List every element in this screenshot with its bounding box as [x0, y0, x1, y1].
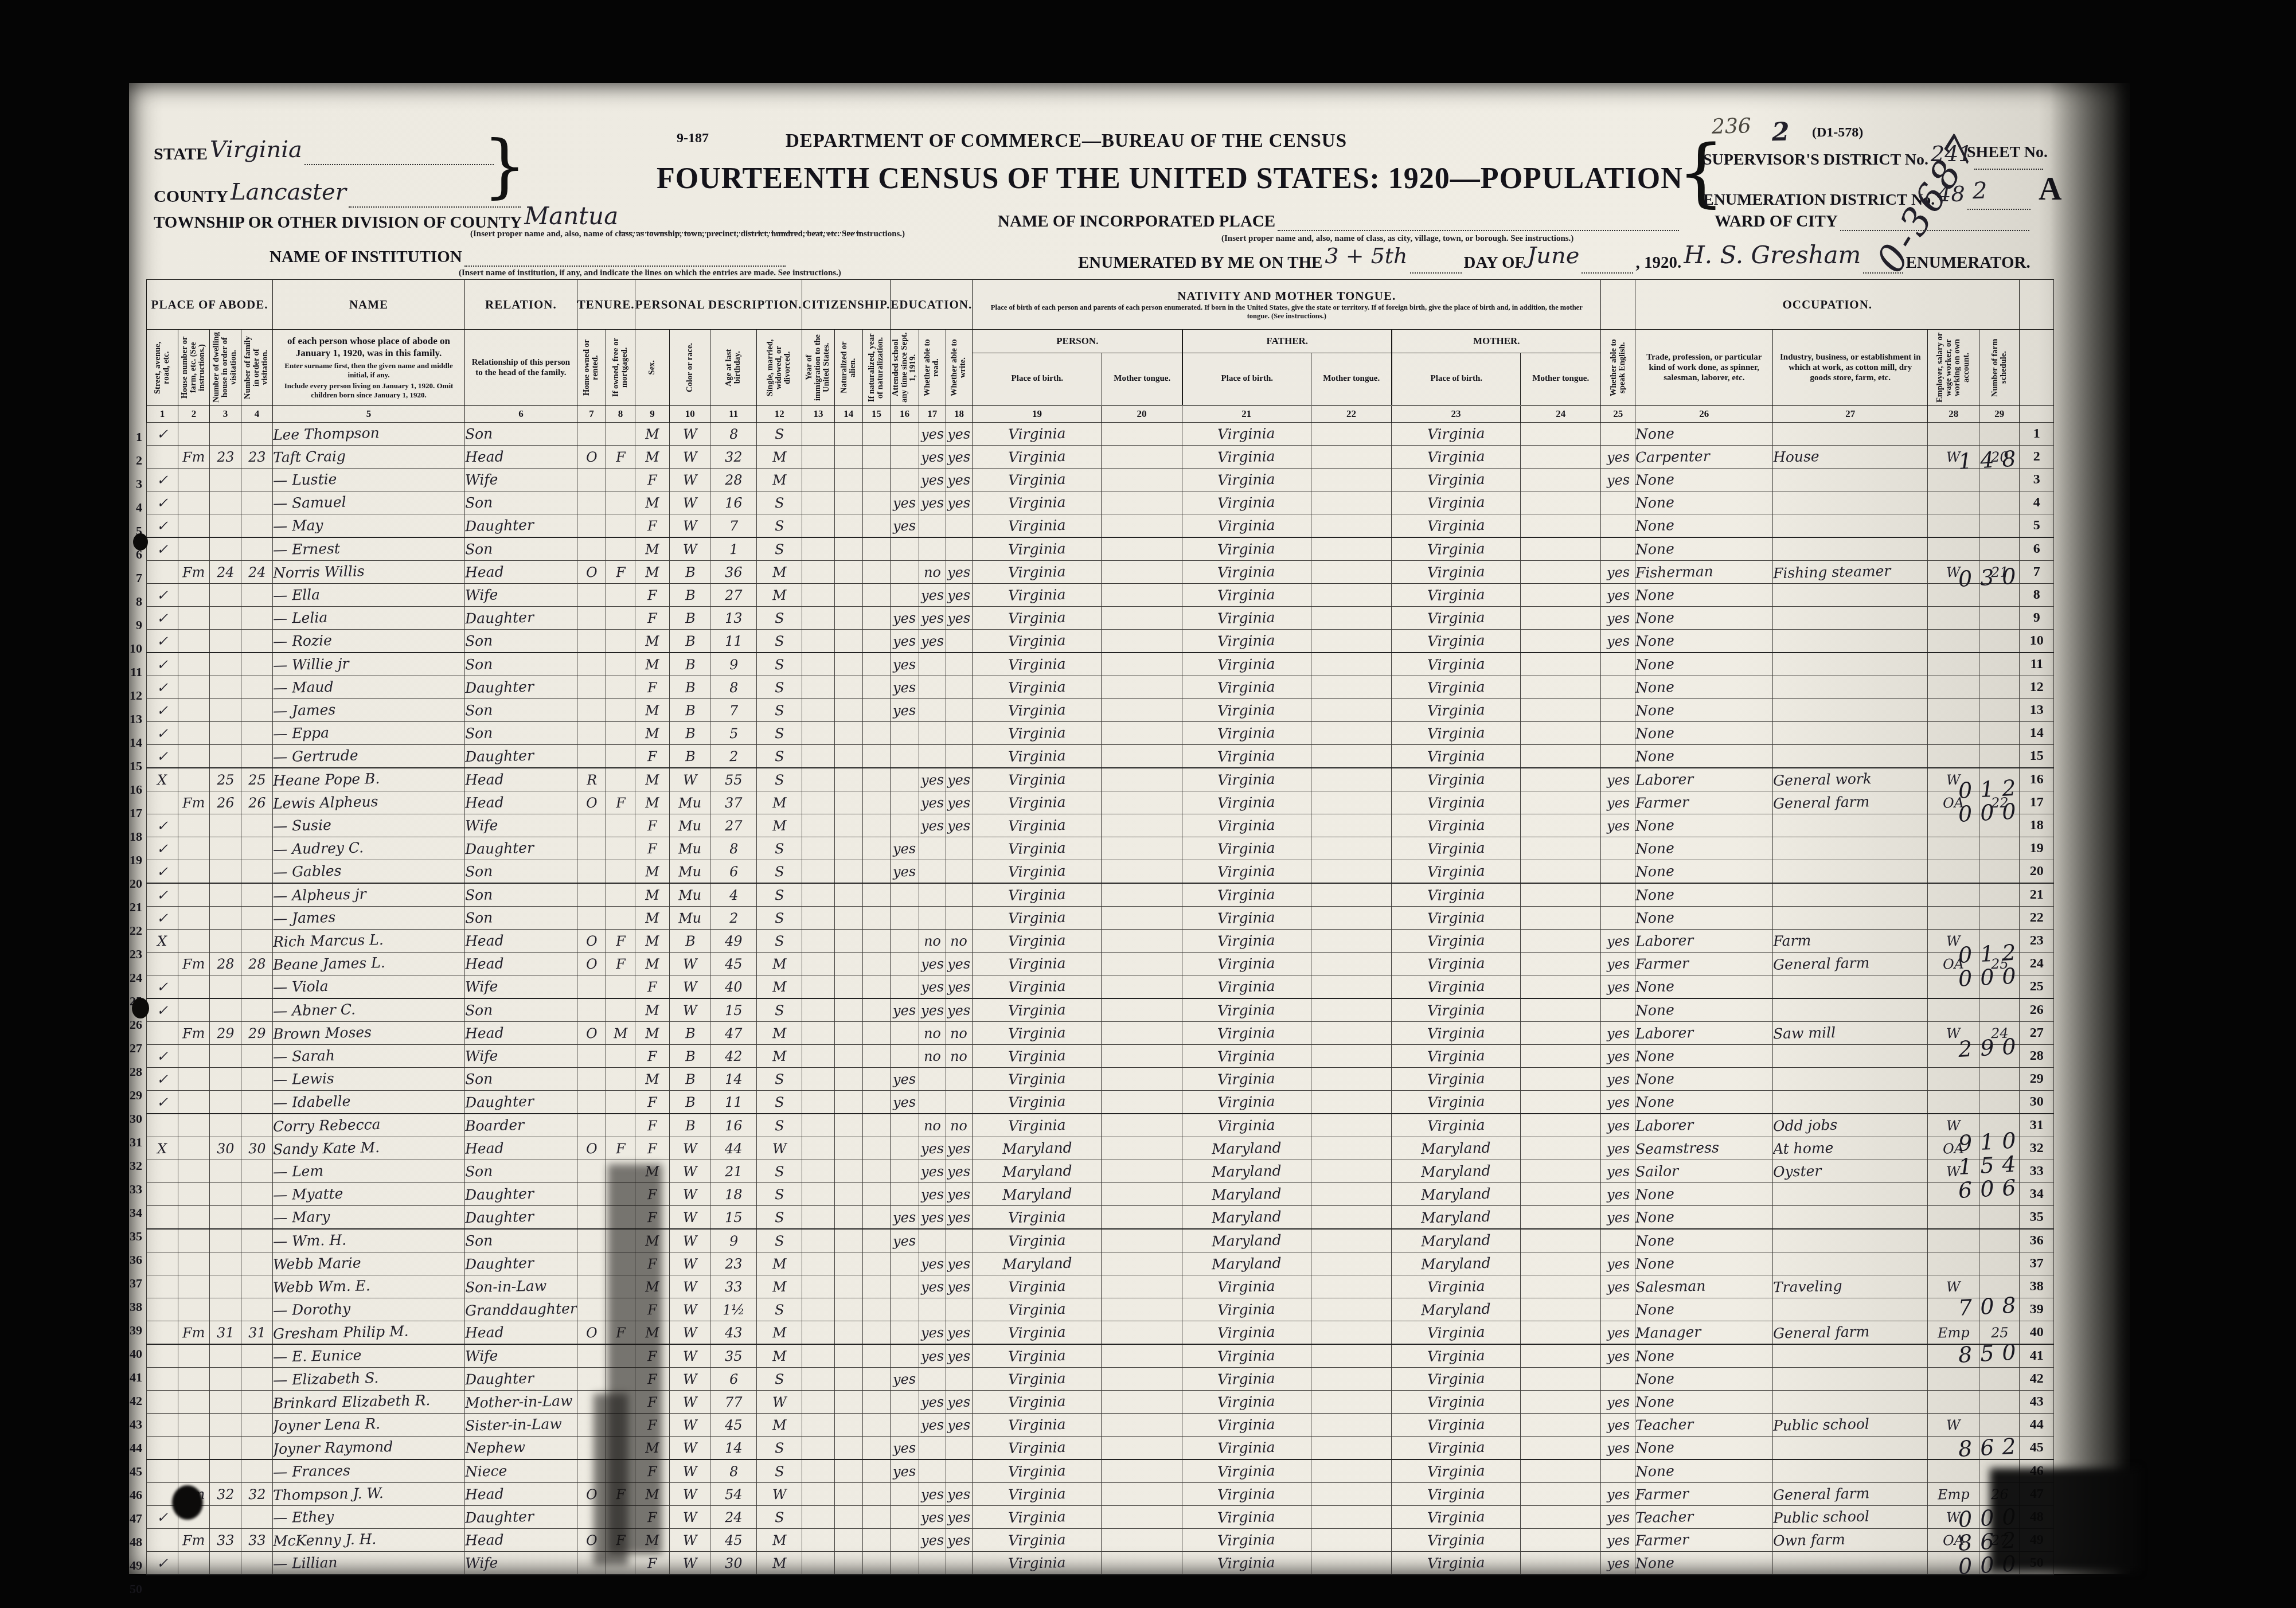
cell-c2: [178, 1091, 210, 1114]
table-row: ✓Lee ThompsonSonMW8SyesyesVirginiaVirgin…: [147, 423, 2054, 446]
table-row: X2525Heane Pope B.HeadRMW55SyesyesVirgin…: [147, 768, 2054, 791]
handwritten-entry: 7: [729, 517, 738, 533]
cell-c1: ✓: [147, 423, 178, 446]
cell-c16: yes: [891, 1437, 919, 1460]
cell-c16: [891, 1137, 919, 1160]
cell-name: Joyner Raymond: [273, 1437, 465, 1460]
cell-c4: [241, 1183, 273, 1206]
cell-mt: [1102, 1091, 1182, 1114]
handwritten-entry: F: [647, 978, 657, 994]
cell-ln: 44: [2020, 1414, 2054, 1437]
handwritten-entry: Wife: [465, 1347, 498, 1364]
cell-c13: [802, 930, 835, 953]
cell-sex: F: [635, 1114, 670, 1137]
cell-eng: yes: [1601, 1414, 1635, 1437]
cell-c18: yes: [946, 1275, 973, 1298]
cell-color: W: [670, 1252, 710, 1275]
handwritten-entry: O: [585, 1324, 597, 1340]
cell-farm: [1979, 745, 2020, 768]
column-desc-c7: Home owned or rented.: [577, 330, 606, 406]
cell-c4: [241, 998, 273, 1022]
handwritten-entry: M: [645, 426, 659, 442]
cell-age: 27: [710, 584, 757, 607]
column-label: Industry, business, or establishment in …: [1773, 351, 1927, 384]
cell-trade: Farmer: [1635, 791, 1773, 814]
cell-mt: [1102, 768, 1182, 791]
column-number: 16: [891, 406, 919, 423]
margin-line-number: 20: [125, 876, 142, 891]
handwritten-entry: Daughter: [465, 608, 534, 627]
cell-mar: M: [757, 469, 802, 491]
handwritten-entry: — E. Eunice: [273, 1346, 362, 1365]
cell-c18: yes: [946, 1206, 973, 1230]
cell-eng: yes: [1601, 1437, 1635, 1460]
cell-c4: [241, 1091, 273, 1114]
handwritten-entry: yes: [893, 1232, 916, 1249]
cell-c4: [241, 1252, 273, 1275]
cell-eng: [1601, 676, 1635, 699]
cell-c1: [147, 1344, 178, 1368]
cell-c4: [241, 1114, 273, 1137]
cell-c15: [862, 907, 891, 930]
cell-rel: Son: [465, 1160, 577, 1183]
handwritten-entry: Teacher: [1635, 1508, 1694, 1525]
handwritten-entry: Virginia: [1008, 1508, 1066, 1525]
cell-ind: Public school: [1773, 1506, 1928, 1529]
cell-eng: [1601, 491, 1635, 514]
cell-fmt: [1311, 722, 1391, 745]
table-row: ✓— EtheyDaughterFW24SyesyesVirginiaVirgi…: [147, 1506, 2054, 1529]
cell-c15: [862, 491, 891, 514]
handwritten-entry: Virginia: [1217, 586, 1275, 603]
cell-c7: O: [577, 791, 606, 814]
cell-rel: Son: [465, 699, 577, 722]
cell-fmt: [1311, 561, 1391, 584]
handwritten-entry: W: [772, 1140, 787, 1157]
cell-c13: [802, 814, 835, 837]
cell-c1: [147, 1414, 178, 1437]
cell-c13: [802, 1091, 835, 1114]
handwritten-entry: W: [772, 1394, 787, 1410]
name-desc: Include every person living on January 1…: [273, 380, 464, 400]
handwritten-entry: yes: [1606, 1439, 1630, 1456]
handwritten-entry: yes: [1606, 1394, 1630, 1410]
cell-farm: [1979, 630, 2020, 653]
handwritten-entry: Virginia: [1217, 1116, 1275, 1134]
cell-c1: [147, 1437, 178, 1460]
cell-fmt: [1311, 1437, 1391, 1460]
handwritten-entry: W: [683, 517, 697, 534]
cell-c13: [802, 1414, 835, 1437]
cell-pob: Virginia: [973, 1506, 1102, 1529]
handwritten-entry: M: [645, 656, 659, 673]
cell-farm: [1979, 1091, 2020, 1114]
cell-pob: Virginia: [973, 1206, 1102, 1230]
cell-age: 43: [710, 1321, 757, 1345]
handwritten-entry: Traveling: [1773, 1277, 1842, 1295]
handwritten-entry: Virginia: [1217, 1485, 1275, 1502]
cell-fmt: [1311, 1368, 1391, 1391]
cell-pob: Virginia: [973, 1298, 1102, 1321]
handwritten-entry: B: [685, 633, 695, 649]
handwritten-entry: 42: [725, 1048, 743, 1064]
handwritten-entry: Mu: [678, 794, 702, 811]
handwritten-entry: Maryland: [1212, 1185, 1282, 1203]
cell-emp: [1928, 676, 1979, 699]
column-group: CITIZENSHIP.: [802, 280, 891, 330]
month-value: June: [1527, 243, 1579, 269]
institution-note: (Insert name of institution, if any, and…: [459, 268, 963, 278]
cell-mpob: Maryland: [1391, 1206, 1520, 1230]
cell-trade: None: [1635, 1368, 1773, 1391]
cell-ind: [1773, 907, 1928, 930]
census-scan-page: 9-187 STATE Virginia COUNTY Lancaster } …: [0, 0, 2296, 1608]
handwritten-entry: yes: [920, 633, 944, 649]
cell-c16: [891, 1391, 919, 1414]
cell-c3: [210, 998, 241, 1022]
cell-name: — E. Eunice: [273, 1344, 465, 1368]
handwritten-entry: — Ella: [273, 586, 321, 604]
cell-c13: [802, 998, 835, 1022]
cell-fmt: [1311, 1459, 1391, 1483]
cell-eng: [1601, 837, 1635, 860]
cell-c1: [147, 561, 178, 584]
handwritten-entry: 6: [729, 863, 738, 879]
cell-color: W: [670, 1321, 710, 1345]
handwritten-entry: yes: [1606, 471, 1630, 488]
form-number: 9-187: [677, 131, 709, 146]
cell-ind: General farm: [1773, 1321, 1928, 1345]
nativity-col-label: Place of birth.: [1182, 353, 1311, 405]
cell-c2: [178, 491, 210, 514]
cell-mmt: [1521, 722, 1601, 745]
cell-name: — Wm. H.: [273, 1229, 465, 1252]
cell-pob: Virginia: [973, 953, 1102, 975]
handwritten-entry: B: [685, 702, 695, 718]
cell-mar: W: [757, 1137, 802, 1160]
handwritten-entry: Virginia: [1427, 1070, 1485, 1087]
handwritten-entry: Virginia: [1427, 563, 1485, 580]
cell-trade: Teacher: [1635, 1506, 1773, 1529]
cell-c3: [210, 491, 241, 514]
handwritten-entry: yes: [920, 1324, 944, 1341]
table-row: — DorothyGranddaughterFW1½SVirginiaVirgi…: [147, 1298, 2054, 1321]
handwritten-entry: S: [775, 932, 784, 949]
cell-color: B: [670, 930, 710, 953]
cell-c15: [862, 768, 891, 791]
cell-c14: [834, 930, 862, 953]
cell-pob: Virginia: [973, 514, 1102, 538]
cell-ind: [1773, 607, 1928, 630]
cell-mt: [1102, 745, 1182, 768]
handwritten-entry: yes: [920, 1532, 944, 1548]
cell-c1: [147, 1391, 178, 1414]
handwritten-entry: 30: [216, 1140, 234, 1157]
handwritten-entry: Head: [465, 794, 504, 811]
year-label: , 1920.: [1635, 253, 1681, 272]
cell-rel: Daughter: [465, 1252, 577, 1275]
handwritten-entry: 26: [216, 794, 234, 811]
handwritten-entry: yes: [920, 771, 944, 788]
cell-rel: Daughter: [465, 607, 577, 630]
stamp-number: 850: [1958, 1339, 2025, 1368]
cell-mt: [1102, 1022, 1182, 1045]
cell-rel: Boarder: [465, 1114, 577, 1137]
cell-ind: [1773, 514, 1928, 538]
cell-c7: [577, 1344, 606, 1368]
handwritten-entry: Virginia: [1217, 1554, 1275, 1571]
handwritten-entry: Daughter: [465, 1369, 534, 1388]
table-row: Fm2323Taft CraigHeadOFMW32MyesyesVirgini…: [147, 446, 2054, 469]
cell-ind: [1773, 699, 1928, 722]
handwritten-entry: None: [1635, 909, 1674, 926]
cell-ln: 11: [2020, 653, 2054, 676]
cell-c7: O: [577, 446, 606, 469]
township-note: (Insert proper name and, also, name of c…: [470, 229, 963, 239]
handwritten-entry: W: [772, 1486, 787, 1502]
margin-line-number: 36: [125, 1252, 142, 1267]
cell-trade: None: [1635, 1552, 1773, 1575]
cell-age: 8: [710, 423, 757, 446]
cell-c16: [891, 1552, 919, 1575]
cell-age: 5: [710, 722, 757, 745]
cell-c14: [834, 653, 862, 676]
handwritten-entry: M: [645, 448, 659, 465]
cell-mt: [1102, 1391, 1182, 1414]
margin-line-number: 49: [125, 1558, 142, 1573]
handwritten-entry: Virginia: [1217, 447, 1275, 465]
handwritten-entry: Virginia: [1217, 1300, 1275, 1318]
cell-mar: S: [757, 1183, 802, 1206]
handwritten-entry: — Sarah: [273, 1047, 335, 1064]
cell-c4: [241, 1275, 273, 1298]
cell-c8: F: [606, 1137, 635, 1160]
handwritten-entry: Virginia: [1427, 447, 1485, 465]
cell-c14: [834, 1206, 862, 1230]
cell-c13: [802, 791, 835, 814]
cell-c18: [946, 1091, 973, 1114]
cell-mmt: [1521, 1114, 1601, 1137]
stamp-number: 606: [1958, 1174, 2025, 1203]
cell-eng: yes: [1601, 953, 1635, 975]
cell-farm: [1979, 998, 2020, 1022]
margin-line-number: 24: [125, 970, 142, 985]
column-number: 6: [465, 406, 577, 423]
cell-pob: Virginia: [973, 423, 1102, 446]
handwritten-entry: Maryland: [1002, 1139, 1072, 1157]
column-label: Single, married, widowed, or divorced.: [766, 332, 792, 403]
margin-line-number: 35: [125, 1229, 142, 1244]
handwritten-entry: M: [645, 932, 659, 949]
handwritten-entry: no: [923, 932, 940, 949]
handwritten-entry: Maryland: [1002, 1185, 1072, 1203]
margin-line-number: 2: [125, 453, 142, 468]
handwritten-entry: None: [1635, 840, 1674, 857]
column-label: Whether able to speak English.: [1610, 332, 1627, 403]
cell-mt: [1102, 1368, 1182, 1391]
cell-ind: [1773, 837, 1928, 860]
cell-c18: [946, 745, 973, 768]
handwritten-entry: General farm: [1773, 793, 1870, 812]
handwritten-entry: yes: [947, 471, 971, 488]
handwritten-entry: ✓: [157, 541, 169, 557]
cell-c8: F: [606, 791, 635, 814]
cell-c16: [891, 1529, 919, 1552]
handwritten-entry: F: [647, 817, 657, 833]
cell-sex: M: [635, 491, 670, 514]
cell-pob: Virginia: [973, 907, 1102, 930]
column-number: 2: [178, 406, 210, 423]
cell-mmt: [1521, 1160, 1601, 1183]
handwritten-entry: Virginia: [1008, 1277, 1066, 1295]
cell-age: 36: [710, 561, 757, 584]
cell-eng: [1601, 745, 1635, 768]
cell-c4: 26: [241, 791, 273, 814]
handwritten-entry: yes: [947, 955, 971, 972]
handwritten-entry: Virginia: [1008, 540, 1066, 557]
cell-color: W: [670, 469, 710, 491]
cell-mmt: [1521, 1022, 1601, 1045]
cell-c15: [862, 1344, 891, 1368]
handwritten-entry: Virginia: [1427, 1277, 1485, 1295]
cell-c16: [891, 1298, 919, 1321]
handwritten-entry: F: [615, 564, 625, 580]
cell-mt: [1102, 1275, 1182, 1298]
handwritten-entry: Odd jobs: [1773, 1116, 1838, 1134]
column-number: 15: [862, 406, 891, 423]
cell-color: W: [670, 953, 710, 975]
cell-c4: [241, 1391, 273, 1414]
cell-c16: [891, 883, 919, 907]
cell-c18: yes: [946, 1137, 973, 1160]
handwritten-entry: — Viola: [273, 977, 329, 995]
column-desc-c16: Attended school any time since Sept. 1, …: [891, 330, 919, 406]
cell-c18: yes: [946, 953, 973, 975]
cell-c17: no: [919, 1114, 946, 1137]
handwritten-entry: S: [775, 1071, 784, 1087]
handwritten-entry: F: [647, 1117, 657, 1133]
cell-c4: [241, 1437, 273, 1460]
cell-c13: [802, 1022, 835, 1045]
handwritten-entry: ✓: [157, 702, 169, 718]
cell-fpob: Maryland: [1182, 1183, 1311, 1206]
cell-fmt: [1311, 676, 1391, 699]
cell-mt: [1102, 1229, 1182, 1252]
margin-line-number: 12: [125, 688, 142, 703]
handwritten-entry: Virginia: [1427, 1047, 1485, 1064]
cell-c15: [862, 653, 891, 676]
handwritten-entry: Seamstress: [1635, 1139, 1719, 1157]
handwritten-entry: S: [775, 541, 784, 557]
nativity-col-label: Place of birth.: [1391, 353, 1520, 405]
cell-c1: ✓: [147, 514, 178, 538]
handwritten-entry: yes: [1606, 955, 1630, 972]
column-number: 29: [1979, 406, 2020, 423]
nativity-subgroup: PERSON.: [973, 330, 1182, 353]
day-of-label: DAY OF: [1464, 253, 1525, 272]
cell-c1: ✓: [147, 745, 178, 768]
cell-c16: yes: [891, 630, 919, 653]
handwritten-entry: W: [683, 1555, 697, 1571]
column-number: 10: [670, 406, 710, 423]
cell-ind: [1773, 1229, 1928, 1252]
cell-pob: Virginia: [973, 1321, 1102, 1345]
handwritten-entry: W: [683, 1163, 697, 1180]
cell-c18: yes: [946, 584, 973, 607]
handwritten-entry: Virginia: [1427, 1116, 1485, 1134]
handwritten-entry: 36: [725, 564, 743, 580]
enumerated-field: ENUMERATED BY ME ON THE 3 + 5th DAY OF J…: [1078, 245, 2031, 274]
ink-blot-3: [172, 1485, 203, 1520]
cell-mpob: Virginia: [1391, 1022, 1520, 1045]
cell-fmt: [1311, 1206, 1391, 1230]
cell-c13: [802, 1368, 835, 1391]
cell-eng: [1601, 1459, 1635, 1483]
cell-c18: no: [946, 930, 973, 953]
cell-ln: 40: [2020, 1321, 2054, 1345]
cell-mmt: [1521, 1344, 1601, 1368]
cell-mt: [1102, 1344, 1182, 1368]
handwritten-entry: Virginia: [1217, 1508, 1275, 1525]
cell-c14: [834, 1045, 862, 1068]
handwritten-entry: yes: [1606, 1186, 1630, 1203]
cell-mmt: [1521, 653, 1601, 676]
stamp-number: 862: [1958, 1433, 2025, 1462]
enumerated-line1: [1410, 262, 1462, 274]
cell-mt: [1102, 1183, 1182, 1206]
margin-line-number: 43: [125, 1417, 142, 1432]
handwritten-entry: Gresham Philip M.: [273, 1322, 409, 1342]
cell-fpob: Virginia: [1182, 883, 1311, 907]
cell-farm: [1979, 860, 2020, 884]
cell-c14: [834, 1229, 862, 1252]
cell-c4: 31: [241, 1321, 273, 1345]
cell-c7: [577, 469, 606, 491]
cell-c17: [919, 1091, 946, 1114]
cell-mpob: Maryland: [1391, 1137, 1520, 1160]
column-label: Relationship of this person to the head …: [465, 356, 577, 379]
cell-ln: 10: [2020, 630, 2054, 653]
handwritten-entry: Virginia: [1008, 954, 1066, 972]
cell-c8: [606, 1091, 635, 1114]
cell-c14: [834, 998, 862, 1022]
cell-fmt: [1311, 930, 1391, 953]
cell-sex: M: [635, 630, 670, 653]
cell-c14: [834, 1391, 862, 1414]
handwritten-entry: yes: [1606, 1532, 1630, 1548]
cell-c13: [802, 722, 835, 745]
handwritten-entry: S: [775, 1371, 784, 1387]
cell-c17: no: [919, 1022, 946, 1045]
handwritten-entry: ✓: [157, 887, 169, 903]
handwritten-entry: None: [1635, 1070, 1674, 1087]
cell-c4: [241, 1160, 273, 1183]
cell-c17: yes: [919, 998, 946, 1022]
cell-c16: yes: [891, 1229, 919, 1252]
cell-ln: 14: [2020, 722, 2054, 745]
cell-mt: [1102, 1045, 1182, 1068]
census-table: PLACE OF ABODE.NAMERELATION.TENURE.PERSO…: [146, 279, 2054, 1575]
column-number: 18: [946, 406, 973, 423]
handwritten-entry: Webb Wm. E.: [273, 1277, 370, 1296]
handwritten-entry: W: [683, 1394, 697, 1410]
cell-mmt: [1521, 907, 1601, 930]
cell-color: W: [670, 423, 710, 446]
cell-ind: [1773, 1183, 1928, 1206]
handwritten-entry: yes: [1606, 1324, 1630, 1341]
handwritten-entry: S: [775, 1463, 784, 1479]
handwritten-entry: M: [772, 955, 787, 972]
